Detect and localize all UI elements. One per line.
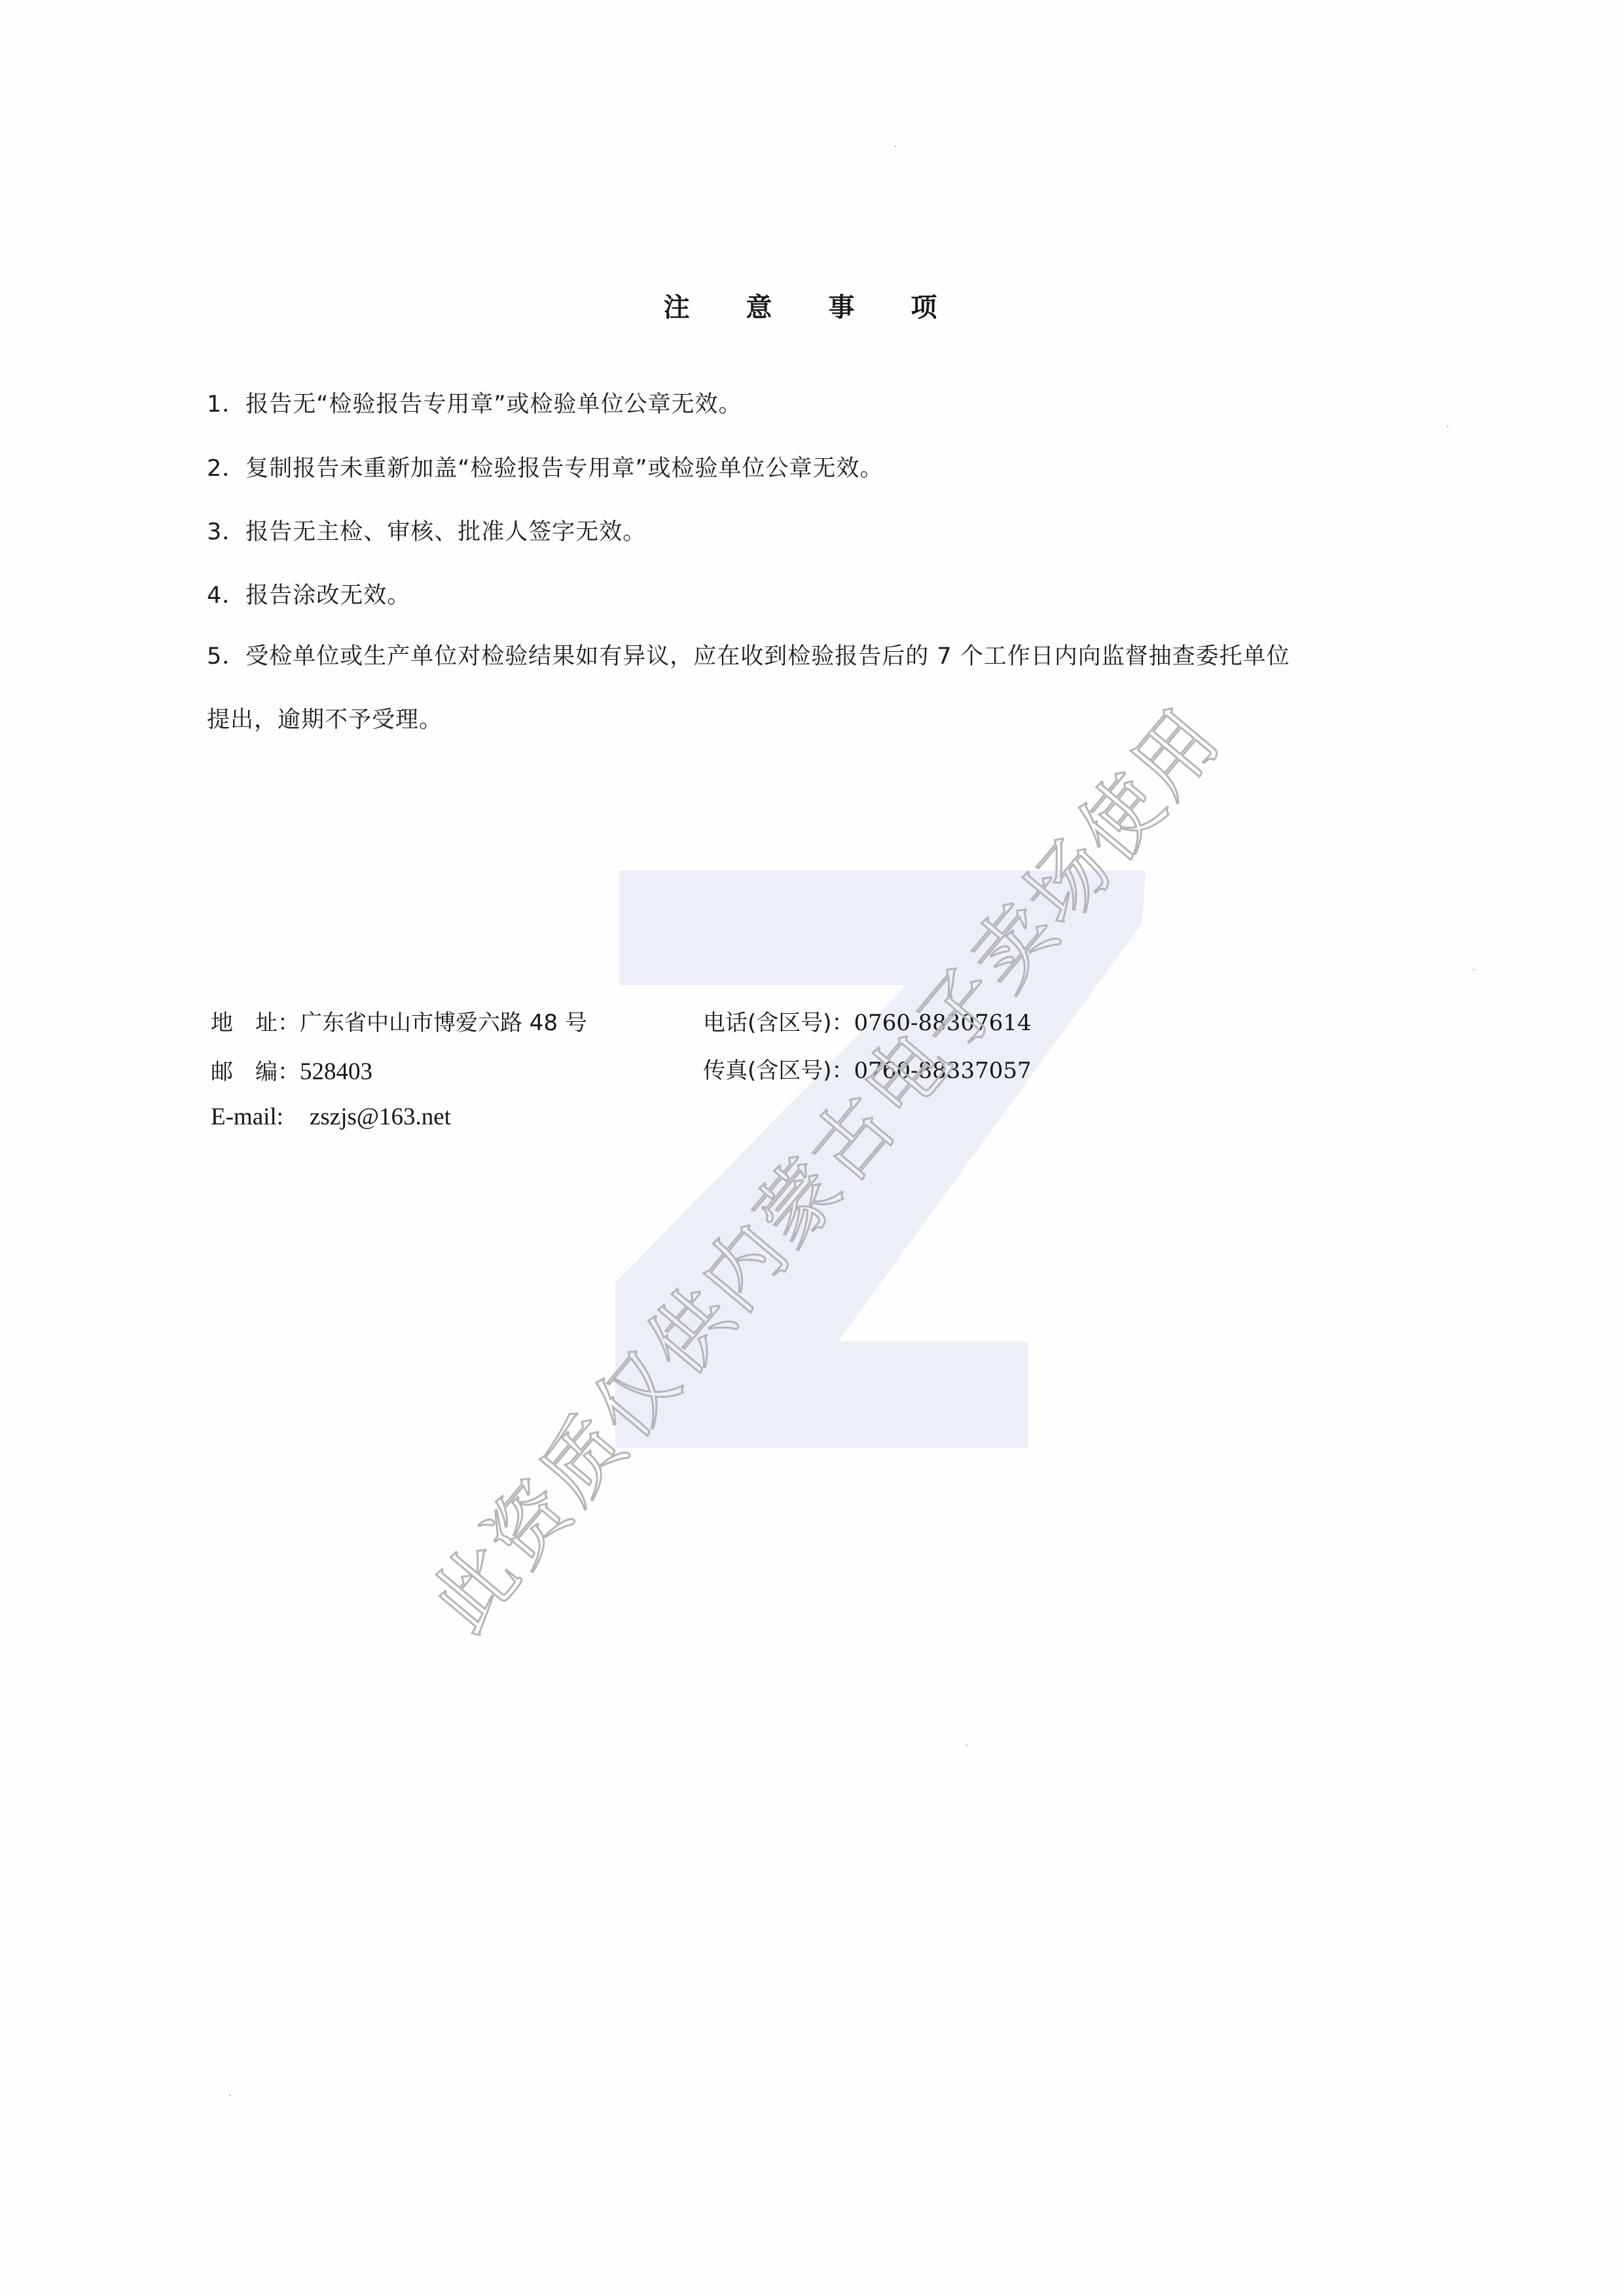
fax-row: 传真(含区号)：0760-88337057 bbox=[703, 1052, 1032, 1085]
page-title: 注 意 事 项 bbox=[0, 287, 1624, 324]
notice-item-4: 4．报告涂改无效。 bbox=[207, 577, 410, 610]
address-label: 地 址： bbox=[211, 1005, 300, 1037]
email-value: zszjs@163.net bbox=[310, 1103, 451, 1130]
document-page: 注 意 事 项 1．报告无“检验报告专用章”或检验单位公章无效。 2．复制报告未… bbox=[0, 0, 1624, 2296]
scan-speck bbox=[894, 145, 896, 147]
address-value: 广东省中山市博爱六路 48 号 bbox=[300, 1010, 587, 1036]
postcode-value: 528403 bbox=[300, 1058, 372, 1085]
scan-speck bbox=[1447, 425, 1449, 427]
watermark-text: 此资质仅供内蒙古电子卖场使用 bbox=[401, 679, 1242, 1651]
scan-speck bbox=[229, 2094, 231, 2096]
phone-value: 0760-88307614 bbox=[854, 1010, 1032, 1036]
address-row: 地 址：广东省中山市博爱六路 48 号 bbox=[211, 1005, 587, 1037]
scan-speck bbox=[1473, 969, 1475, 971]
postcode-row: 邮 编：528403 bbox=[211, 1054, 372, 1086]
notice-item-3: 3．报告无主检、审核、批准人签字无效。 bbox=[207, 514, 646, 547]
email-label: E-mail: bbox=[211, 1103, 283, 1131]
notice-item-5: 5．受检单位或生产单位对检验结果如有异议，应在收到检验报告后的 7 个工作日内向… bbox=[207, 638, 1290, 671]
email-row: E-mail:zszjs@163.net bbox=[211, 1103, 451, 1131]
postcode-label: 邮 编： bbox=[211, 1054, 300, 1086]
notice-item-2: 2．复制报告未重新加盖“检验报告专用章”或检验单位公章无效。 bbox=[207, 450, 884, 483]
fax-label: 传真(含区号)： bbox=[703, 1052, 854, 1085]
fax-value: 0760-88337057 bbox=[854, 1058, 1032, 1084]
notice-item-5-continued: 提出，逾期不予受理。 bbox=[207, 702, 442, 734]
notice-item-1: 1．报告无“检验报告专用章”或检验单位公章无效。 bbox=[207, 386, 742, 419]
phone-label: 电话(含区号)： bbox=[703, 1005, 854, 1037]
z-logo-watermark bbox=[0, 0, 1624, 2296]
scan-speck bbox=[965, 1744, 967, 1746]
phone-row: 电话(含区号)：0760-88307614 bbox=[703, 1005, 1032, 1037]
